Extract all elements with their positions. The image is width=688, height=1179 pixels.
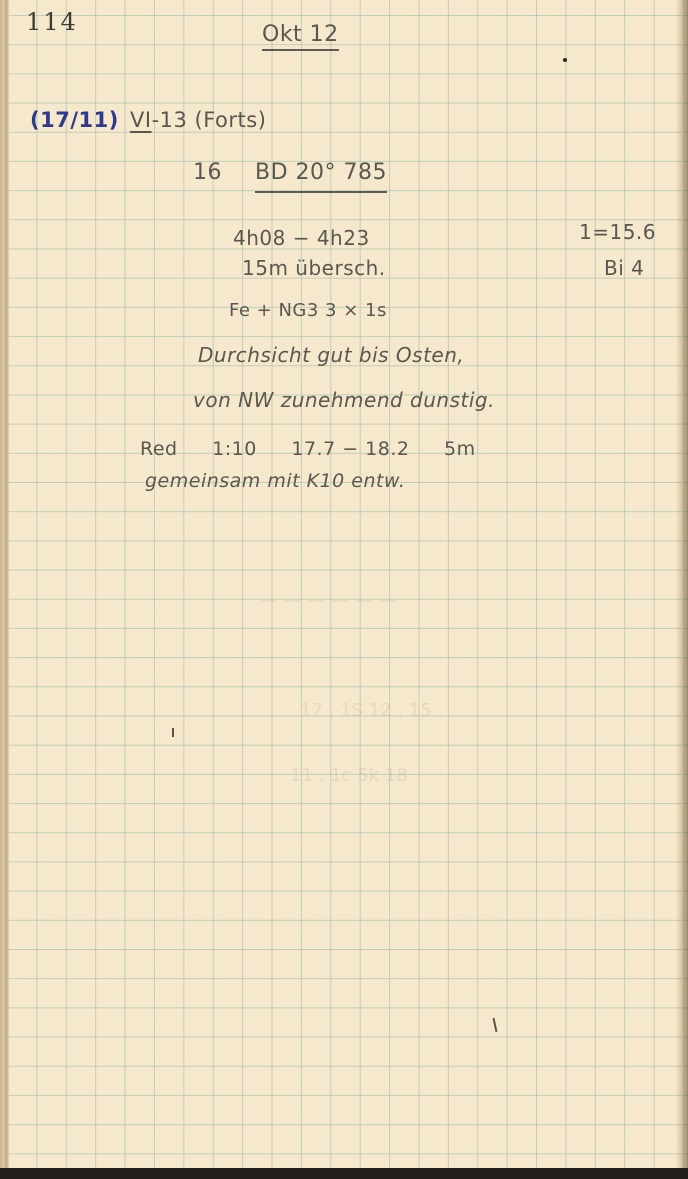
- bleed-through-text: — — — — — —: [260, 590, 397, 611]
- ink-dot: [563, 58, 567, 62]
- pencil-mark: [172, 728, 174, 737]
- pencil-mark: [493, 1018, 497, 1032]
- page-binding-edge: [0, 0, 9, 1168]
- reduction-note: gemeinsam mit K10 entw.: [145, 470, 405, 492]
- exposure-time-range: 4h08 − 4h23: [233, 226, 370, 250]
- observation-note-line: Durchsicht gut bis Osten,: [198, 343, 464, 367]
- bleed-through-text: 17 . 1S 12 . 15: [300, 700, 432, 721]
- object-name: BD 20° 785: [255, 160, 387, 193]
- magnitude-value: 1=15.6: [579, 220, 656, 244]
- object-number: 16: [193, 160, 222, 185]
- reduction-duration: 5m: [444, 438, 476, 460]
- reduction-range: 17.7 − 18.2: [291, 438, 409, 460]
- series-label: VI-13 (Forts): [130, 108, 266, 132]
- plate-label: Bi 4: [604, 256, 644, 280]
- page-right-edge-shadow: [676, 0, 688, 1168]
- filter-exposure: Fe + NG3 3 × 1s: [229, 300, 387, 321]
- night-label: (17/11): [30, 108, 119, 132]
- notebook-page: — — — — — — 17 . 1S 12 . 15 11 . 1c 5k 1…: [0, 0, 688, 1168]
- exposure-interval: 15m übersch.: [242, 256, 386, 280]
- scan-background-strip: [0, 1168, 688, 1179]
- reduction-line: Red 1:10 17.7 − 18.2 5m: [140, 438, 504, 460]
- reduction-label: Red: [140, 438, 178, 460]
- date-header: Okt 12: [262, 22, 339, 51]
- observation-note-line: von NW zunehmend dunstig.: [193, 388, 495, 412]
- page-number: 114: [26, 8, 78, 36]
- bleed-through-text: 11 . 1c 5k 18: [290, 765, 408, 786]
- reduction-ratio: 1:10: [212, 438, 257, 460]
- series-roman: VI: [130, 108, 152, 132]
- series-rest: -13 (Forts): [152, 108, 267, 132]
